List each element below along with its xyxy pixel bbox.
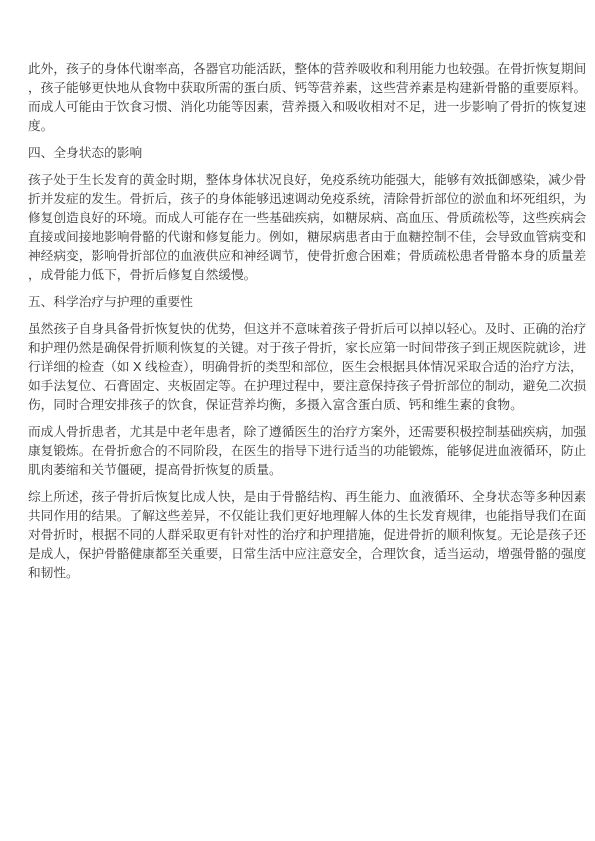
paragraph-child-treatment-care: 虽然孩子自身具备骨折恢复快的优势，但这并不意味着孩子骨折后可以掉以轻心。及时、正… [28,320,589,415]
heading-section-4-overall-condition: 四、全身状态的影响 [28,144,589,163]
heading-section-5-treatment-care: 五、科学治疗与护理的重要性 [28,293,589,312]
paragraph-metabolism-nutrition: 此外，孩子的身体代谢率高，各器官功能活跃，整体的营养吸收和利用能力也较强。在骨折… [28,60,589,136]
paragraph-overall-condition-detail: 孩子处于生长发育的黄金时期，整体身体状况良好，免疫系统功能强大，能够有效抵御感染… [28,171,589,285]
paragraph-conclusion: 综上所述，孩子骨折后恢复比成人快，是由于骨骼结构、再生能力、血液循环、全身状态等… [28,488,589,583]
paragraph-adult-rehabilitation: 而成人骨折患者，尤其是中老年患者，除了遵循医生的治疗方案外，还需要积极控制基础疾… [28,423,589,480]
document-page: 此外，孩子的身体代谢率高，各器官功能活跃，整体的营养吸收和利用能力也较强。在骨折… [0,0,595,841]
